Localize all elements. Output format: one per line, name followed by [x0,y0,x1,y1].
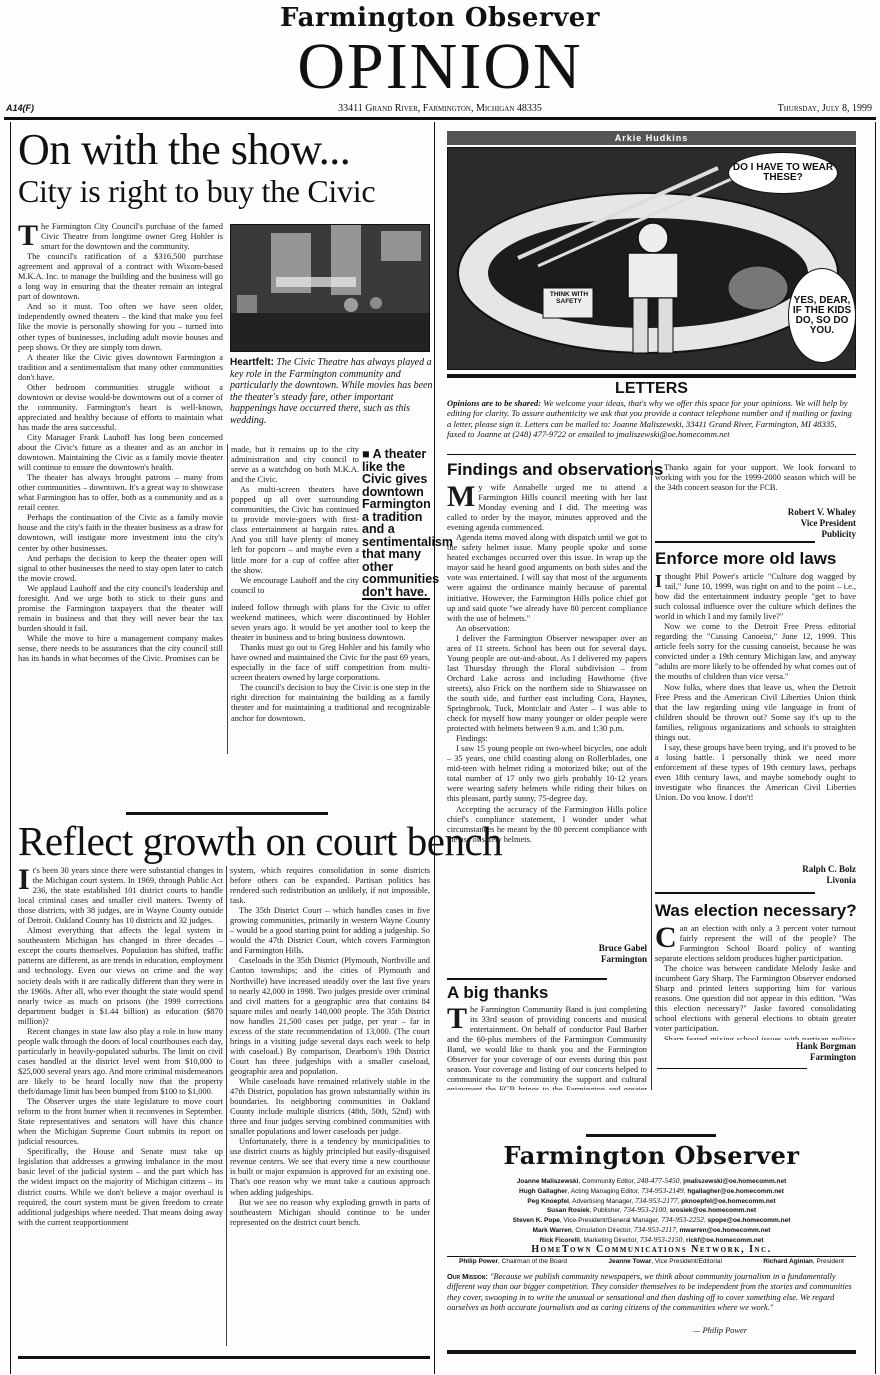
column-divider [226,866,227,1346]
editorial-kicker: On with the show... [18,127,350,173]
editorial-court-column-1: I t's been 30 years since there were sub… [18,866,223,1346]
staffbox-rule [586,1134,716,1137]
letter-thanks-body: T he Farmington Community Band is just c… [447,1005,647,1090]
section-divider [126,812,328,815]
officer: Philip Power, Chairman of the Board [459,1258,567,1267]
cartoon-artist-band: Arkie Hudkins [447,131,856,145]
letter-signature: Bruce Gabel Farmington [447,943,647,965]
editorial-civic-column-2: made, but it remains up to the city admi… [231,445,359,603]
pull-quote-rule [362,598,430,600]
newspaper-nameplate: Farmington Observer [0,3,880,33]
officers-row: Philip Power, Chairman of the Board Jean… [447,1258,856,1267]
letter-title: A big thanks [447,983,548,1003]
network-name: HomeTown Communications Network, Inc. [447,1244,856,1255]
mission-label: Our Mission: [447,1272,488,1281]
letter-signature: Robert V. Whaley Vice President Publicit… [655,507,856,540]
cartoon-sign: THINK WITH SAFETY [546,291,592,305]
speech-bubble-top: DO I HAVE TO WEAR THESE? [728,152,838,194]
letter-findings-body: M y wife Annabelle urged me to attend a … [447,483,647,923]
mission-attribution: — Philip Power [447,1326,747,1336]
masthead-rule [4,117,876,120]
speech-bubble-bottom: YES, DEAR, IF THE KIDS DO, SO DO YOU. [788,268,856,363]
letter-thanks-continued: Thanks again for your support. We look f… [655,463,856,507]
column-divider [651,460,652,1090]
bottom-rule [447,1350,856,1354]
letters-rule [447,454,856,455]
left-border [10,122,11,1374]
dropcap: T [18,223,38,249]
letter-divider [655,541,815,543]
staffbox-nameplate: Farmington Observer [447,1141,856,1170]
editorial-headline: City is right to buy the Civic [18,174,375,208]
dropcap: C [655,925,677,951]
officer: Richard Aginian, President [763,1258,844,1267]
pull-quote: ■ A theater like the Civic gives downtow… [362,448,434,598]
court-editorial-headline: Reflect growth on court bench [18,818,502,864]
center-border [434,122,435,1374]
editorial-cartoon: THINK WITH SAFETY DO I HAVE TO WEAR THES… [447,147,856,370]
photo-caption: Heartfelt: The Civic Theatre has always … [230,357,434,426]
letter-title: Findings and observations [447,460,663,480]
letter-signature: Ralph C. Bolz Livonia [655,864,856,886]
dropcap: M [447,484,475,510]
letter-election-body: C an an election with only a 3 percent v… [655,924,856,1040]
letter-divider [655,892,815,894]
staff-list: Joanne Maliszewski, Community Editor, 24… [447,1177,856,1246]
letter-enforce-body: I thought Phil Power's article "Culture … [655,572,856,800]
civic-theatre-photo [230,224,430,352]
editorial-civic-column-1: T he Farmington City Council's purchase … [18,222,223,752]
bottom-rule [18,1356,430,1359]
letter-title: Was election necessary? [655,901,857,921]
letter-divider [447,978,607,980]
column-divider [227,444,228,754]
section-title: OPINION [0,36,880,98]
letter-signature: Hank Borgman Farmington [655,1041,856,1063]
address: 33411 Grand River, Farmington, Michigan … [0,103,880,114]
letters-policy-lead: Opinions are to be shared: [447,398,541,408]
cartoon-rule [447,374,856,378]
caption-label: Heartfelt: [230,357,274,368]
staff-row: Susan Rosiek, Publisher, 734-953-2100, s… [447,1206,856,1216]
letter-divider [657,1068,807,1069]
mission-statement: Our Mission: "Because we publish communi… [447,1272,856,1313]
letters-policy: Opinions are to be shared: We welcome yo… [447,398,856,439]
dropcap: I [655,573,662,589]
dropcap: T [447,1006,467,1032]
letters-title: LETTERS [447,380,856,398]
editorial-court-column-2: system, which requires consolidation in … [230,866,430,1346]
officer: Jeanne Towar, Vice President/Editorial [608,1258,722,1267]
right-border [875,122,876,1374]
dropcap: I [18,867,30,893]
network-rule [447,1256,856,1257]
issue-date: Thursday, July 8, 1999 [778,103,872,114]
letter-title: Enforce more old laws [655,549,836,569]
photo-image [231,225,429,351]
editorial-civic-column-2-continued: indeed follow through with plans for the… [231,603,430,753]
